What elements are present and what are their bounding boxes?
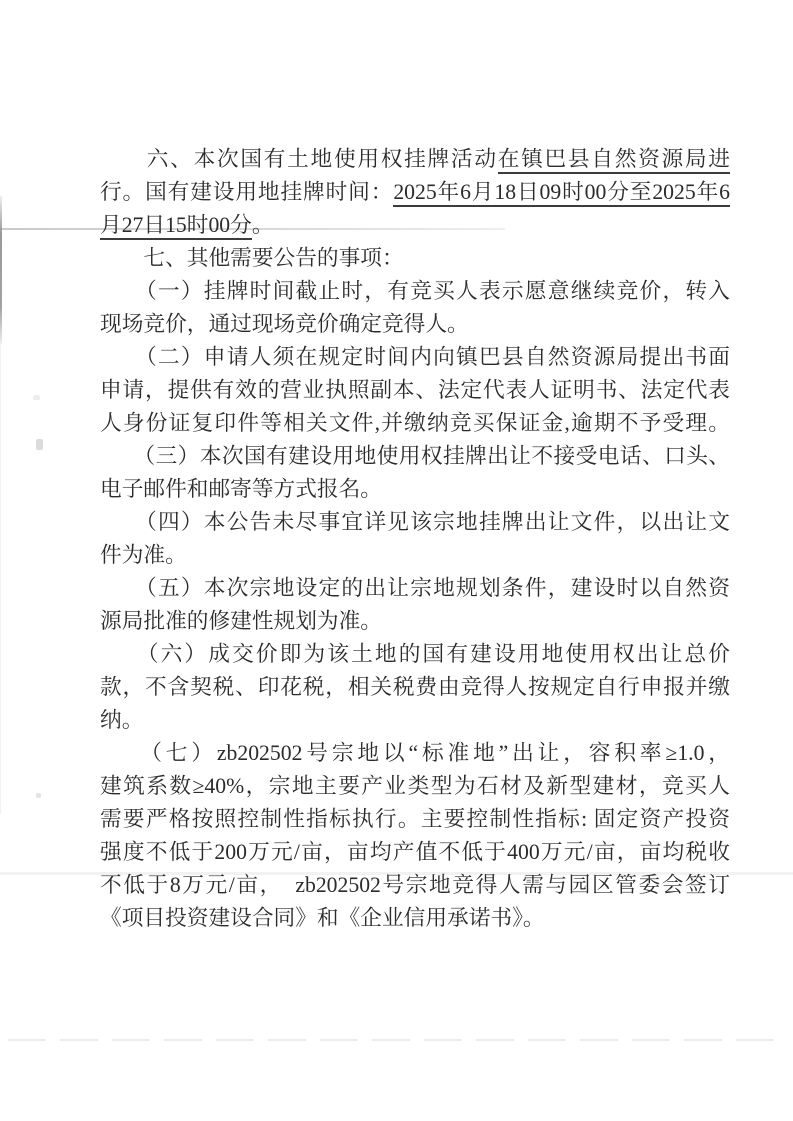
doc-line-12: （四）本公告未尽事宜详见该宗地挂牌出让文件，以出让文: [100, 506, 730, 539]
document-text-block: 六、本次国有土地使用权挂牌活动在镇巴县自然资源局进行。国有建设用地挂牌时间：20…: [100, 143, 730, 935]
doc-line-5: （一）挂牌时间截止时，有竞买人表示愿意继续竞价，转入: [100, 275, 730, 308]
text-segment: （六）成交价即为该土地的国有建设用地使用权出让总价: [100, 642, 730, 666]
doc-line-16: （六）成交价即为该土地的国有建设用地使用权出让总价: [100, 638, 730, 671]
text-segment: 《项目投资建设合同》和《企业信用承诺书》。: [100, 906, 545, 930]
doc-line-13: 件为准。: [100, 539, 730, 572]
doc-line-7: （二）申请人须在规定时间内向镇巴县自然资源局提出书面: [100, 341, 730, 374]
underlined-text: 2025年6月18日09时00分至2025年6: [393, 180, 730, 207]
doc-line-2: 行。国有建设用地挂牌时间：2025年6月18日09时00分至2025年6: [100, 176, 730, 209]
text-segment: 申请，提供有效的营业执照副本、法定代表人证明书、法定代表: [100, 378, 730, 402]
scan-smudge: [36, 439, 43, 450]
doc-line-9: 人身份证复印件等相关文件,并缴纳竞买保证金,逾期不予受理。: [100, 407, 730, 440]
doc-line-22: 强度不低于200万元/亩，亩均产值不低于400万元/亩，亩均税收: [100, 836, 730, 869]
text-segment: （三）本次国有建设用地使用权挂牌出让不接受电话、口头、: [100, 444, 730, 468]
text-segment: 。: [252, 213, 274, 237]
text-segment: 强度不低于200万元/亩，亩均产值不低于400万元/亩，亩均税收: [100, 840, 730, 864]
doc-line-14: （五）本次宗地设定的出让宗地规划条件，建设时以自然资: [100, 572, 730, 605]
doc-line-15: 源局批准的修建性规划为准。: [100, 605, 730, 638]
scan-smudge: [36, 793, 41, 798]
text-segment: 款，不含契税、印花税，相关税费由竞得人按规定自行申报并缴: [100, 675, 730, 699]
scan-streak-bottom: [8, 1039, 783, 1041]
doc-line-11: 电子邮件和邮寄等方式报名。: [100, 473, 730, 506]
scan-left-edge-hairline: [0, 344, 1, 814]
text-segment: 七、其他需要公告的事项：: [100, 246, 404, 270]
doc-line-4: 七、其他需要公告的事项：: [100, 242, 730, 275]
text-segment: （四）本公告未尽事宜详见该宗地挂牌出让文件，以出让文: [100, 510, 730, 534]
scan-smudge: [33, 395, 40, 400]
doc-line-21: 需要严格按照控制性指标执行。主要控制性指标: 固定资产投资: [100, 803, 730, 836]
scan-left-edge-shadow: [0, 196, 2, 344]
doc-line-17: 款，不含契税、印花税，相关税费由竞得人按规定自行申报并缴: [100, 671, 730, 704]
doc-line-19: （七）zb202502号宗地以“标准地”出让，容积率≥1.0，: [100, 737, 730, 770]
doc-line-1: 六、本次国有土地使用权挂牌活动在镇巴县自然资源局进: [100, 143, 730, 176]
text-segment: 源局批准的修建性规划为准。: [100, 609, 382, 633]
text-segment: 不低于8万元/亩， zb202502号宗地竞得人需与园区管委会签订: [100, 873, 730, 897]
text-segment: （五）本次宗地设定的出让宗地规划条件，建设时以自然资: [100, 576, 730, 600]
doc-line-24: 《项目投资建设合同》和《企业信用承诺书》。: [100, 902, 730, 935]
text-segment: （七）zb202502号宗地以“标准地”出让，容积率≥1.0，: [100, 741, 730, 765]
doc-line-8: 申请，提供有效的营业执照副本、法定代表人证明书、法定代表: [100, 374, 730, 407]
text-segment: 建筑系数≥40%，宗地主要产业类型为石材及新型建材，竞买人: [100, 774, 730, 798]
doc-line-3: 月27日15时00分。: [100, 209, 730, 242]
text-segment: 六、本次国有土地使用权挂牌活动: [100, 147, 498, 171]
text-segment: 人身份证复印件等相关文件,并缴纳竞买保证金,逾期不予受理。: [100, 411, 730, 435]
text-segment: 件为准。: [100, 543, 187, 567]
doc-line-23: 不低于8万元/亩， zb202502号宗地竞得人需与园区管委会签订: [100, 869, 730, 902]
underlined-text: 在镇巴县自然资源局进: [498, 147, 730, 174]
text-segment: 电子邮件和邮寄等方式报名。: [100, 477, 382, 501]
text-segment: 现场竞价，通过现场竞价确定竞得人。: [100, 312, 469, 336]
text-segment: 行。国有建设用地挂牌时间：: [100, 180, 393, 204]
underlined-text: 月27日15时00分: [100, 213, 252, 240]
doc-line-6: 现场竞价，通过现场竞价确定竞得人。: [100, 308, 730, 341]
text-segment: （二）申请人须在规定时间内向镇巴县自然资源局提出书面: [100, 345, 730, 369]
text-segment: 纳。: [100, 708, 143, 732]
doc-line-18: 纳。: [100, 704, 730, 737]
doc-line-20: 建筑系数≥40%，宗地主要产业类型为石材及新型建材，竞买人: [100, 770, 730, 803]
text-segment: 需要严格按照控制性指标执行。主要控制性指标: 固定资产投资: [100, 807, 730, 831]
doc-line-10: （三）本次国有建设用地使用权挂牌出让不接受电话、口头、: [100, 440, 730, 473]
text-segment: （一）挂牌时间截止时，有竞买人表示愿意继续竞价，转入: [100, 279, 730, 303]
scanned-document-page: 六、本次国有土地使用权挂牌活动在镇巴县自然资源局进行。国有建设用地挂牌时间：20…: [0, 0, 793, 1121]
